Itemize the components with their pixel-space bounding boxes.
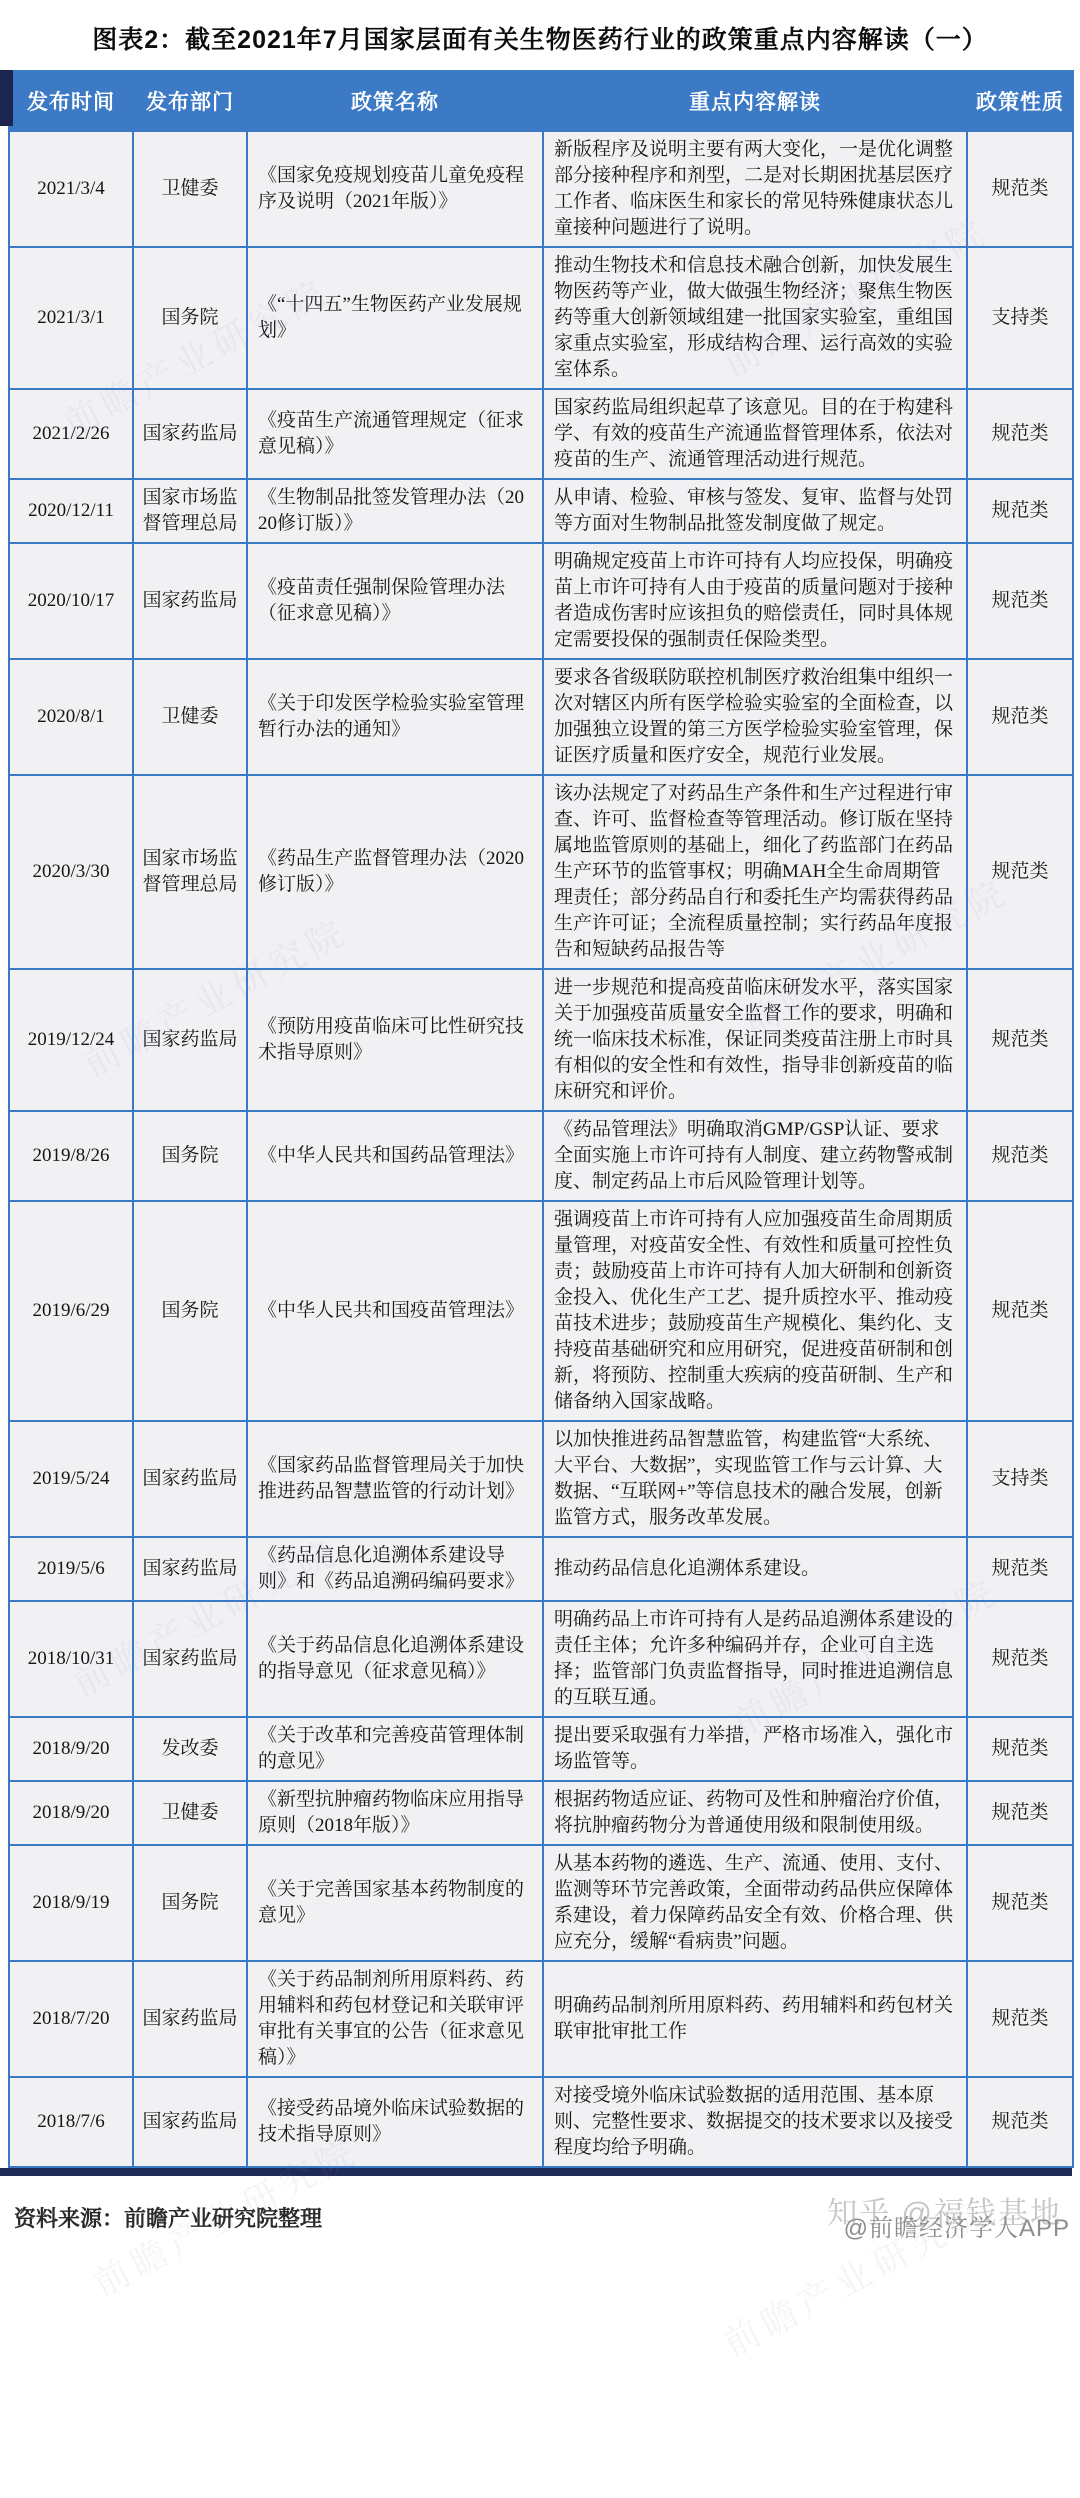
policy-interpretation: 对接受境外临床试验数据的适用范围、基本原则、完整性要求、数据提交的技术要求以及接… <box>543 2077 967 2167</box>
policy-publish-date: 2018/9/20 <box>9 1717 133 1781</box>
policy-name: 《药品生产监督管理办法（2020修订版）》 <box>247 775 543 969</box>
policy-publish-dept: 卫健委 <box>133 1781 247 1845</box>
policy-name: 《国家药品监督管理局关于加快推进药品智慧监管的行动计划》 <box>247 1421 543 1537</box>
policy-publish-dept: 国家市场监督管理总局 <box>133 479 247 543</box>
figure-page: 图表2：截至2021年7月国家层面有关生物医药行业的政策重点内容解读（一） 发布… <box>0 0 1080 2498</box>
policy-table-row: 2019/5/24 国家药监局 《国家药品监督管理局关于加快推进药品智慧监管的行… <box>9 1421 1073 1537</box>
policy-interpretation: 新版程序及说明主要有两大变化，一是优化调整部分接种程序和剂型，二是对长期困扰基层… <box>543 131 967 247</box>
policy-publish-dept: 国家药监局 <box>133 1601 247 1717</box>
policy-name: 《关于改革和完善疫苗管理体制的意见》 <box>247 1717 543 1781</box>
policy-nature: 规范类 <box>967 969 1073 1111</box>
policy-name: 《关于药品信息化追溯体系建设的指导意见（征求意见稿）》 <box>247 1601 543 1717</box>
policy-publish-date: 2020/10/17 <box>9 543 133 659</box>
col-header-interpretation: 重点内容解读 <box>543 71 967 131</box>
policy-name: 《中华人民共和国药品管理法》 <box>247 1111 543 1201</box>
policy-publish-dept: 国务院 <box>133 1845 247 1961</box>
policy-nature: 规范类 <box>967 2077 1073 2167</box>
policy-table-row: 2020/3/30 国家市场监督管理总局 《药品生产监督管理办法（2020修订版… <box>9 775 1073 969</box>
policy-nature: 支持类 <box>967 1421 1073 1537</box>
policy-nature: 规范类 <box>967 1111 1073 1201</box>
policy-name: 《新型抗肿瘤药物临床应用指导原则（2018年版）》 <box>247 1781 543 1845</box>
policy-publish-date: 2020/3/30 <box>9 775 133 969</box>
policy-publish-dept: 国务院 <box>133 1201 247 1421</box>
col-header-policy-name: 政策名称 <box>247 71 543 131</box>
policy-nature: 规范类 <box>967 1537 1073 1601</box>
policy-table-row: 2018/7/20 国家药监局 《关于药品制剂所用原料药、药用辅料和药包材登记和… <box>9 1961 1073 2077</box>
policy-nature: 规范类 <box>967 1781 1073 1845</box>
policy-name: 《关于药品制剂所用原料药、药用辅料和药包材登记和关联审评审批有关事宜的公告（征求… <box>247 1961 543 2077</box>
policy-table-row: 2019/8/26 国务院 《中华人民共和国药品管理法》 《药品管理法》明确取消… <box>9 1111 1073 1201</box>
policy-table-row: 2018/9/19 国务院 《关于完善国家基本药物制度的意见》 从基本药物的遴选… <box>9 1845 1073 1961</box>
policy-table-row: 2018/9/20 卫健委 《新型抗肿瘤药物临床应用指导原则（2018年版）》 … <box>9 1781 1073 1845</box>
policy-publish-dept: 卫健委 <box>133 131 247 247</box>
policy-table-row: 2018/9/20 发改委 《关于改革和完善疫苗管理体制的意见》 提出要采取强有… <box>9 1717 1073 1781</box>
policy-nature: 规范类 <box>967 1717 1073 1781</box>
policy-publish-date: 2018/7/20 <box>9 1961 133 2077</box>
policy-table-row: 2020/12/11 国家市场监督管理总局 《生物制品批签发管理办法（2020修… <box>9 479 1073 543</box>
policy-publish-dept: 卫健委 <box>133 659 247 775</box>
data-source-note: 资料来源：前瞻产业研究院整理 <box>8 2206 322 2231</box>
policy-publish-dept: 国家药监局 <box>133 1421 247 1537</box>
col-header-publish-dept: 发布部门 <box>133 71 247 131</box>
policy-name: 《国家免疫规划疫苗儿童免疫程序及说明（2021年版）》 <box>247 131 543 247</box>
policy-nature: 规范类 <box>967 1961 1073 2077</box>
policy-table-row: 2021/3/1 国务院 《“十四五”生物医药产业发展规划》 推动生物技术和信息… <box>9 247 1073 389</box>
policy-table-wrap: 发布时间 发布部门 政策名称 重点内容解读 政策性质 2021/3/4 卫健委 … <box>8 70 1072 2176</box>
figure-title: 图表2：截至2021年7月国家层面有关生物医药行业的政策重点内容解读（一） <box>8 20 1072 56</box>
policy-publish-date: 2019/5/6 <box>9 1537 133 1601</box>
policy-interpretation: 根据药物适应证、药物可及性和肿瘤治疗价值，将抗肿瘤药物分为普通使用级和限制使用级… <box>543 1781 967 1845</box>
policy-publish-date: 2019/6/29 <box>9 1201 133 1421</box>
policy-publish-dept: 国家市场监督管理总局 <box>133 775 247 969</box>
policy-name: 《接受药品境外临床试验数据的技术指导原则》 <box>247 2077 543 2167</box>
col-header-policy-nature: 政策性质 <box>967 71 1073 131</box>
policy-publish-date: 2018/10/31 <box>9 1601 133 1717</box>
policy-nature: 规范类 <box>967 775 1073 969</box>
policy-publish-date: 2018/9/19 <box>9 1845 133 1961</box>
policy-interpretation: 推动生物技术和信息技术融合创新，加快发展生物医药等产业，做大做强生物经济；聚焦生… <box>543 247 967 389</box>
policy-table-row: 2019/6/29 国务院 《中华人民共和国疫苗管理法》 强调疫苗上市许可持有人… <box>9 1201 1073 1421</box>
policy-interpretation: 从基本药物的遴选、生产、流通、使用、支付、监测等环节完善政策，全面带动药品供应保… <box>543 1845 967 1961</box>
policy-interpretation: 从申请、检验、审核与签发、复审、监督与处罚等方面对生物制品批签发制度做了规定。 <box>543 479 967 543</box>
policy-publish-dept: 国家药监局 <box>133 1537 247 1601</box>
col-header-publish-date: 发布时间 <box>9 71 133 131</box>
policy-publish-dept: 国家药监局 <box>133 2077 247 2167</box>
policy-name: 《疫苗责任强制保险管理办法（征求意见稿）》 <box>247 543 543 659</box>
policy-nature: 规范类 <box>967 1601 1073 1717</box>
policy-publish-date: 2019/8/26 <box>9 1111 133 1201</box>
policy-publish-date: 2019/5/24 <box>9 1421 133 1537</box>
policy-interpretation: 该办法规定了对药品生产条件和生产过程进行审查、许可、监督检查等管理活动。修订版在… <box>543 775 967 969</box>
policy-name: 《中华人民共和国疫苗管理法》 <box>247 1201 543 1421</box>
policy-interpretation: 明确药品上市许可持有人是药品追溯体系建设的责任主体；允许多种编码并存，企业可自主… <box>543 1601 967 1717</box>
policy-table: 发布时间 发布部门 政策名称 重点内容解读 政策性质 2021/3/4 卫健委 … <box>8 70 1074 2168</box>
policy-publish-date: 2021/3/4 <box>9 131 133 247</box>
policy-table-row: 2021/3/4 卫健委 《国家免疫规划疫苗儿童免疫程序及说明（2021年版）》… <box>9 131 1073 247</box>
policy-publish-date: 2019/12/24 <box>9 969 133 1111</box>
policy-name: 《关于完善国家基本药物制度的意见》 <box>247 1845 543 1961</box>
policy-table-row: 2019/5/6 国家药监局 《药品信息化追溯体系建设导则》和《药品追溯码编码要… <box>9 1537 1073 1601</box>
policy-interpretation: 推动药品信息化追溯体系建设。 <box>543 1537 967 1601</box>
policy-nature: 规范类 <box>967 131 1073 247</box>
policy-nature: 规范类 <box>967 389 1073 479</box>
table-bottom-accent-bar <box>0 2168 1072 2176</box>
policy-publish-date: 2021/3/1 <box>9 247 133 389</box>
header-accent-bar <box>0 70 13 126</box>
policy-name: 《疫苗生产流通管理规定（征求意见稿）》 <box>247 389 543 479</box>
policy-table-row: 2019/12/24 国家药监局 《预防用疫苗临床可比性研究技术指导原则》 进一… <box>9 969 1073 1111</box>
policy-nature: 规范类 <box>967 479 1073 543</box>
policy-publish-date: 2018/9/20 <box>9 1781 133 1845</box>
policy-publish-dept: 国家药监局 <box>133 543 247 659</box>
policy-interpretation: 提出要采取强有力举措，严格市场准入，强化市场监管等。 <box>543 1717 967 1781</box>
policy-publish-dept: 国家药监局 <box>133 969 247 1111</box>
policy-interpretation: 强调疫苗上市许可持有人应加强疫苗生命周期质量管理，对疫苗安全性、有效性和质量可控… <box>543 1201 967 1421</box>
policy-table-row: 2018/7/6 国家药监局 《接受药品境外临床试验数据的技术指导原则》 对接受… <box>9 2077 1073 2167</box>
policy-table-row: 2020/8/1 卫健委 《关于印发医学检验实验室管理暂行办法的通知》 要求各省… <box>9 659 1073 775</box>
policy-table-row: 2020/10/17 国家药监局 《疫苗责任强制保险管理办法（征求意见稿）》 明… <box>9 543 1073 659</box>
footer: 资料来源：前瞻产业研究院整理 知乎 @福钱基地 @前瞻经济学人APP <box>8 2202 1072 2262</box>
policy-publish-date: 2020/8/1 <box>9 659 133 775</box>
policy-nature: 规范类 <box>967 1845 1073 1961</box>
qianzhan-app-watermark: @前瞻经济学人APP <box>844 2208 1070 2243</box>
policy-table-row: 2021/2/26 国家药监局 《疫苗生产流通管理规定（征求意见稿）》 国家药监… <box>9 389 1073 479</box>
policy-name: 《关于印发医学检验实验室管理暂行办法的通知》 <box>247 659 543 775</box>
table-header-row: 发布时间 发布部门 政策名称 重点内容解读 政策性质 <box>9 71 1073 131</box>
policy-name: 《药品信息化追溯体系建设导则》和《药品追溯码编码要求》 <box>247 1537 543 1601</box>
policy-interpretation: 明确规定疫苗上市许可持有人均应投保，明确疫苗上市许可持有人由于疫苗的质量问题对于… <box>543 543 967 659</box>
policy-interpretation: 国家药监局组织起草了该意见。目的在于构建科学、有效的疫苗生产流通监督管理体系，依… <box>543 389 967 479</box>
policy-table-row: 2018/10/31 国家药监局 《关于药品信息化追溯体系建设的指导意见（征求意… <box>9 1601 1073 1717</box>
policy-interpretation: 明确药品制剂所用原料药、药用辅料和药包材关联审批审批工作 <box>543 1961 967 2077</box>
policy-interpretation: 进一步规范和提高疫苗临床研发水平，落实国家关于加强疫苗质量安全监督工作的要求，明… <box>543 969 967 1111</box>
policy-interpretation: 《药品管理法》明确取消GMP/GSP认证、要求全面实施上市许可持有人制度、建立药… <box>543 1111 967 1201</box>
policy-nature: 规范类 <box>967 659 1073 775</box>
policy-name: 《预防用疫苗临床可比性研究技术指导原则》 <box>247 969 543 1111</box>
policy-publish-date: 2021/2/26 <box>9 389 133 479</box>
policy-name: 《生物制品批签发管理办法（2020修订版）》 <box>247 479 543 543</box>
policy-nature: 规范类 <box>967 543 1073 659</box>
policy-interpretation: 要求各省级联防联控机制医疗救治组集中组织一次对辖区内所有医学检验实验室的全面检查… <box>543 659 967 775</box>
policy-nature: 规范类 <box>967 1201 1073 1421</box>
policy-publish-dept: 国务院 <box>133 1111 247 1201</box>
policy-nature: 支持类 <box>967 247 1073 389</box>
policy-publish-dept: 国务院 <box>133 247 247 389</box>
policy-publish-dept: 发改委 <box>133 1717 247 1781</box>
policy-name: 《“十四五”生物医药产业发展规划》 <box>247 247 543 389</box>
policy-publish-dept: 国家药监局 <box>133 389 247 479</box>
policy-publish-date: 2018/7/6 <box>9 2077 133 2167</box>
policy-publish-date: 2020/12/11 <box>9 479 133 543</box>
policy-publish-dept: 国家药监局 <box>133 1961 247 2077</box>
policy-interpretation: 以加快推进药品智慧监管，构建监管“大系统、大平台、大数据”，实现监管工作与云计算… <box>543 1421 967 1537</box>
